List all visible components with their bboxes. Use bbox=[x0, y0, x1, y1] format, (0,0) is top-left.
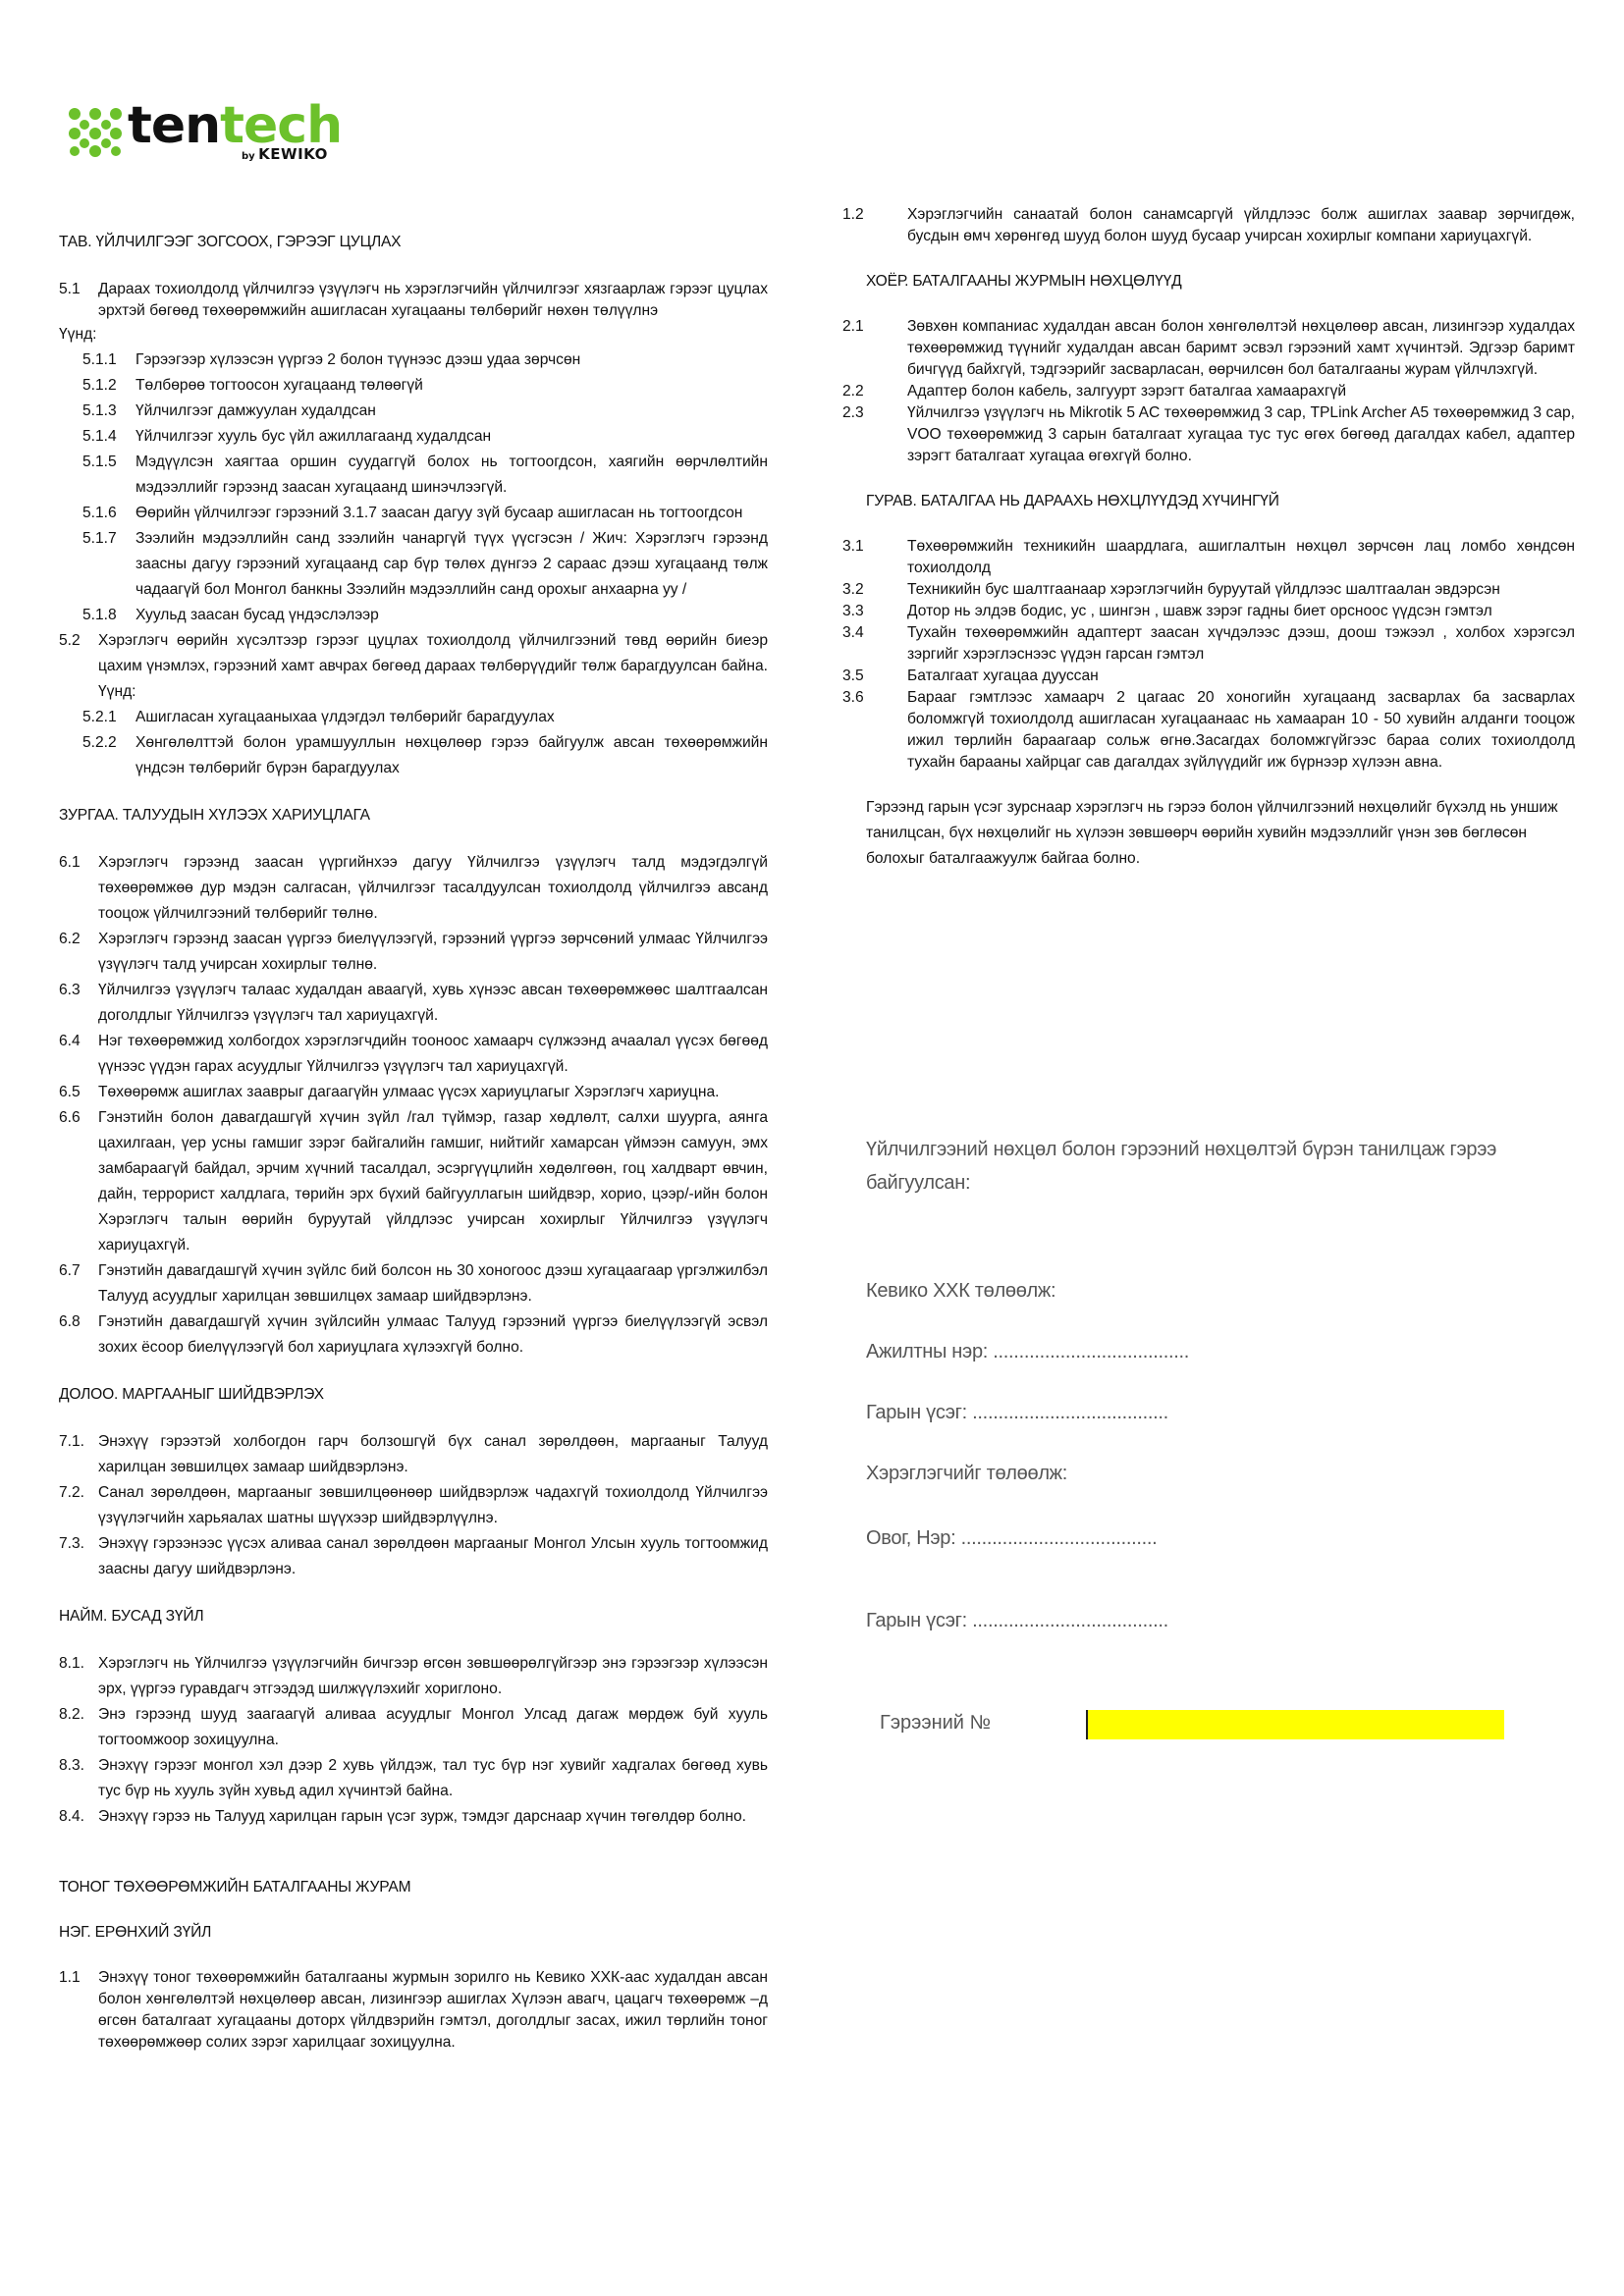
clause-6-1: 6.1Хэрэглэгч гэрээнд заасан үүргийнхээ д… bbox=[59, 850, 768, 927]
clause-number: 5.1.2 bbox=[82, 373, 135, 399]
warranty-clause-2-1: 2.1Зөвхөн компаниас худалдан авсан болон… bbox=[842, 316, 1575, 381]
clause-number: 6.6 bbox=[59, 1105, 98, 1258]
employee-name-field[interactable]: Ажилтны нэр: ...........................… bbox=[866, 1341, 1189, 1363]
clause-text: Хэрэглэгч гэрээнд заасан үүргийнхээ дагу… bbox=[98, 850, 768, 927]
clause-text: Өөрийн үйлчилгээг гэрээний 3.1.7 заасан … bbox=[135, 501, 768, 526]
clause-number: 8.3. bbox=[59, 1753, 98, 1804]
clause-number: 5.1.3 bbox=[82, 399, 135, 424]
clause-number: 3.2 bbox=[842, 579, 907, 601]
warranty-clause-3-3: 3.3Дотор нь элдэв бодис, ус , шингэн , ш… bbox=[842, 601, 1575, 622]
clause-text: Баталгаат хугацаа дууссан bbox=[907, 666, 1575, 687]
warranty-clause-2-3: 2.3Үйлчилгээ үзүүлэгч нь Mikrotik 5 AC т… bbox=[842, 402, 1575, 467]
clause-8-4: 8.4.Энэхүү гэрээ нь Талууд харилцан гары… bbox=[59, 1804, 768, 1830]
clause-7-2: 7.2.Санал зөрөлдөөн, маргааныг зөвшилцөө… bbox=[59, 1480, 768, 1531]
clause-text: Хуульд заасан бусад үндэслэлээр bbox=[135, 603, 768, 628]
logo-dots-icon bbox=[67, 106, 124, 157]
clause-text: Адаптер болон кабель, залгуурт зэрэгт ба… bbox=[907, 381, 1575, 402]
clause-number: 3.3 bbox=[842, 601, 907, 622]
clause-text: Санал зөрөлдөөн, маргааныг зөвшилцөөнөөр… bbox=[98, 1480, 768, 1531]
clause-number: 5.1.8 bbox=[82, 603, 135, 628]
clause-number: 7.1. bbox=[59, 1429, 98, 1480]
customer-representative-label: Хэрэглэгчийг төлөөлж: bbox=[866, 1463, 1067, 1485]
clause-8-3: 8.3.Энэхүү гэрээг монгол хэл дээр 2 хувь… bbox=[59, 1753, 768, 1804]
section-2-title: ХОЁР. БАТАЛГААНЫ ЖУРМЫН НӨХЦӨЛҮҮД bbox=[842, 269, 1575, 294]
clause-text: Гэнэтийн болон давагдашгүй хүчин зүйл /г… bbox=[98, 1105, 768, 1258]
clause-text: Хөнгөлөлттэй болон урамшууллын нөхцөлөөр… bbox=[135, 730, 768, 781]
clause-6-7: 6.7Гэнэтийн давагдашгүй хүчин зүйлс бий … bbox=[59, 1258, 768, 1309]
clause-number: 8.1. bbox=[59, 1651, 98, 1702]
clause-number: 6.7 bbox=[59, 1258, 98, 1309]
clause-6-6: 6.6Гэнэтийн болон давагдашгүй хүчин зүйл… bbox=[59, 1105, 768, 1258]
clause-text: Зөвхөн компаниас худалдан авсан болон хө… bbox=[907, 316, 1575, 381]
clause-text: Энэхүү гэрээг монгол хэл дээр 2 хувь үйл… bbox=[98, 1753, 768, 1804]
clause-text: Үйлчилгээ үзүүлэгч талаас худалдан авааг… bbox=[98, 978, 768, 1029]
clause-5-1-1: 5.1.1Гэрээгээр хүлээсэн үүргээ 2 болон т… bbox=[59, 347, 768, 373]
yund-label: Үүнд: bbox=[59, 322, 768, 347]
warranty-clause-3-2: 3.2Техникийн бус шалтгаанаар хэрэглэгчий… bbox=[842, 579, 1575, 601]
clause-text: Нэг төхөөрөмжид холбогдох хэрэглэгчдийн … bbox=[98, 1029, 768, 1080]
clause-text: Техникийн бус шалтгаанаар хэрэглэгчийн б… bbox=[907, 579, 1575, 601]
clause-text: Үйлчилгээ үзүүлэгч нь Mikrotik 5 AC төхө… bbox=[907, 402, 1575, 467]
clause-5-2-1: 5.2.1Ашигласан хугацааныхаа үлдэгдэл төл… bbox=[59, 705, 768, 730]
warranty-clause-3-5: 3.5Баталгаат хугацаа дууссан bbox=[842, 666, 1575, 687]
clause-number: 3.6 bbox=[842, 687, 907, 774]
contract-number-field[interactable] bbox=[1086, 1710, 1504, 1739]
clause-1-2: 1.2Хэрэглэгчийн санаатай болон санамсарг… bbox=[842, 204, 1575, 247]
clause-number: 5.1.1 bbox=[82, 347, 135, 373]
clause-number: 8.2. bbox=[59, 1702, 98, 1753]
clause-number: 6.3 bbox=[59, 978, 98, 1029]
clause-text: Барааг гэмтлээс хамаарч 2 цагаас 20 хоно… bbox=[907, 687, 1575, 774]
clause-text: Мэдүүлсэн хаягтаа оршин суудаггүй болох … bbox=[135, 450, 768, 501]
clause-text: Гэрээгээр хүлээсэн үүргээ 2 болон түүнээ… bbox=[135, 347, 768, 373]
clause-text: Төхөөрөмж ашиглах зааврыг дагаагүйн улма… bbox=[98, 1080, 768, 1105]
clause-6-8: 6.8Гэнэтийн давагдашгүй хүчин зүйлсийн у… bbox=[59, 1309, 768, 1361]
clause-number: 3.4 bbox=[842, 622, 907, 666]
acknowledgement-text: Гэрээнд гарын үсэг зурснаар хэрэглэгч нь… bbox=[866, 795, 1575, 872]
clause-text: Хэрэглэгч гэрээнд заасан үүргээ биелүүлэ… bbox=[98, 927, 768, 978]
clause-text: Үйлчилгээг дамжуулан худалдсан bbox=[135, 399, 768, 424]
warranty-clause-3-4: 3.4Тухайн төхөөрөмжийн адаптерт заасан х… bbox=[842, 622, 1575, 666]
clause-number: 5.1.7 bbox=[82, 526, 135, 603]
clause-6-5: 6.5Төхөөрөмж ашиглах зааврыг дагаагүйн у… bbox=[59, 1080, 768, 1105]
clause-8-1: 8.1.Хэрэглэгч нь Үйлчилгээ үзүүлэгчийн б… bbox=[59, 1651, 768, 1702]
clause-number: 2.1 bbox=[842, 316, 907, 381]
section-3-title: ГУРАВ. БАТАЛГАА НЬ ДАРААХЬ НӨХЦЛҮҮДЭД ХҮ… bbox=[842, 489, 1575, 514]
clause-1-1: 1.1Энэхүү тоног төхөөрөмжийн баталгааны … bbox=[59, 1967, 768, 2054]
clause-text: Хэрэглэгч нь Үйлчилгээ үзүүлэгчийн бичгэ… bbox=[98, 1651, 768, 1702]
clause-5-1-4: 5.1.4Үйлчилгээг хууль бус үйл ажиллагаан… bbox=[59, 424, 768, 450]
clause-5-1-5: 5.1.5Мэдүүлсэн хаягтаа оршин суудаггүй б… bbox=[59, 450, 768, 501]
warranty-clause-2-2: 2.2Адаптер болон кабель, залгуурт зэрэгт… bbox=[842, 381, 1575, 402]
section-6-title: ЗУРГАА. ТАЛУУДЫН ХҮЛЭЭХ ХАРИУЦЛАГА bbox=[59, 803, 768, 828]
clause-text: Ашигласан хугацааныхаа үлдэгдэл төлбөрий… bbox=[135, 705, 768, 730]
customer-signature-field[interactable]: Гарын үсэг: ............................… bbox=[866, 1610, 1168, 1632]
right-column: 1.2Хэрэглэгчийн санаатай болон санамсарг… bbox=[842, 204, 1575, 872]
clause-text: Дотор нь элдэв бодис, ус , шингэн , шавж… bbox=[907, 601, 1575, 622]
clause-5-1-6: 5.1.6Өөрийн үйлчилгээг гэрээний 3.1.7 за… bbox=[59, 501, 768, 526]
clause-5-1-3: 5.1.3Үйлчилгээг дамжуулан худалдсан bbox=[59, 399, 768, 424]
clause-text: Зээлийн мэдээллийн санд зээлийн чанаргүй… bbox=[135, 526, 768, 603]
clause-8-2: 8.2.Энэ гэрээнд шууд заагаагүй аливаа ас… bbox=[59, 1702, 768, 1753]
clause-text: Гэнэтийн давагдашгүй хүчин зүйлс бий бол… bbox=[98, 1258, 768, 1309]
clause-5-1: 5.1Дараах тохиолдолд үйлчилгээ үзүүлэгч … bbox=[59, 279, 768, 322]
clause-text: Энэ гэрээнд шууд заагаагүй аливаа асуудл… bbox=[98, 1702, 768, 1753]
clause-5-1-7: 5.1.7Зээлийн мэдээллийн санд зээлийн чан… bbox=[59, 526, 768, 603]
logo-byline: by KEWIKO bbox=[242, 145, 328, 163]
clause-text: Энэхүү гэрээтэй холбогдон гарч болзошгүй… bbox=[98, 1429, 768, 1480]
warranty-title: ТОНОГ ТӨХӨӨРӨМЖИЙН БАТАЛГААНЫ ЖУРАМ bbox=[59, 1875, 768, 1900]
section-7-title: ДОЛОО. МАРГААНЫГ ШИЙДВЭРЛЭХ bbox=[59, 1382, 768, 1408]
clause-5-2-2: 5.2.2Хөнгөлөлттэй болон урамшууллын нөхц… bbox=[59, 730, 768, 781]
clause-number: 5.1.4 bbox=[82, 424, 135, 450]
clause-number: 7.2. bbox=[59, 1480, 98, 1531]
clause-number: 7.3. bbox=[59, 1531, 98, 1582]
tentech-logo: tentech by KEWIKO bbox=[67, 100, 332, 165]
clause-number: 5.1.6 bbox=[82, 501, 135, 526]
clause-text: Тухайн төхөөрөмжийн адаптерт заасан хүчд… bbox=[907, 622, 1575, 666]
clause-number: 6.8 bbox=[59, 1309, 98, 1361]
customer-name-field[interactable]: Овог, Нэр: .............................… bbox=[866, 1527, 1157, 1550]
clause-number: 3.5 bbox=[842, 666, 907, 687]
section-5-title: ТАВ. ҮЙЛЧИЛГЭЭГ ЗОГСООХ, ГЭРЭЭГ ЦУЦЛАХ bbox=[59, 230, 768, 255]
clause-number: 8.4. bbox=[59, 1804, 98, 1830]
clause-number: 5.1.5 bbox=[82, 450, 135, 501]
clause-number: 6.4 bbox=[59, 1029, 98, 1080]
clause-number: 6.2 bbox=[59, 927, 98, 978]
clause-text: Төлбөрөө тогтоосон хугацаанд төлөөгүй bbox=[135, 373, 768, 399]
warranty-clause-3-1: 3.1Төхөөрөмжийн техникийн шаардлага, аши… bbox=[842, 536, 1575, 579]
clause-text: Үйлчилгээг хууль бус үйл ажиллагаанд худ… bbox=[135, 424, 768, 450]
clause-text: Энэхүү гэрээнээс үүсэх аливаа санал зөрө… bbox=[98, 1531, 768, 1582]
clause-text: Гэнэтийн давагдашгүй хүчин зүйлсийн улма… bbox=[98, 1309, 768, 1361]
clause-number: 5.2.2 bbox=[82, 730, 135, 781]
clause-5-1-8: 5.1.8Хуульд заасан бусад үндэслэлээр bbox=[59, 603, 768, 628]
clause-7-1: 7.1.Энэхүү гэрээтэй холбогдон гарч болзо… bbox=[59, 1429, 768, 1480]
left-column: ТАВ. ҮЙЛЧИЛГЭЭГ ЗОГСООХ, ГЭРЭЭГ ЦУЦЛАХ 5… bbox=[59, 230, 768, 2054]
clause-6-3: 6.3Үйлчилгээ үзүүлэгч талаас худалдан ав… bbox=[59, 978, 768, 1029]
warranty-clause-3-6: 3.6Барааг гэмтлээс хамаарч 2 цагаас 20 х… bbox=[842, 687, 1575, 774]
clause-text: Энэхүү гэрээ нь Талууд харилцан гарын үс… bbox=[98, 1804, 768, 1830]
clause-6-2: 6.2Хэрэглэгч гэрээнд заасан үүргээ биелү… bbox=[59, 927, 768, 978]
company-signature-field[interactable]: Гарын үсэг: ............................… bbox=[866, 1402, 1168, 1424]
contract-number-label: Гэрээний № bbox=[880, 1712, 991, 1735]
clause-7-3: 7.3.Энэхүү гэрээнээс үүсэх аливаа санал … bbox=[59, 1531, 768, 1582]
section-8-title: НАЙМ. БУСАД ЗҮЙЛ bbox=[59, 1604, 768, 1629]
clause-number: 3.1 bbox=[842, 536, 907, 579]
clause-5-2: 5.2Хэрэглэгч өөрийн хүсэлтээр гэрээг цуц… bbox=[59, 628, 768, 705]
signature-intro: Үйлчилгээний нөхцөл болон гэрээний нөхцө… bbox=[866, 1133, 1553, 1200]
clause-number: 6.1 bbox=[59, 850, 98, 927]
clause-number: 2.2 bbox=[842, 381, 907, 402]
clause-number: 5.2.1 bbox=[82, 705, 135, 730]
warranty-section-1-title: НЭГ. ЕРӨНХИЙ ЗҮЙЛ bbox=[59, 1920, 768, 1946]
clause-number: 2.3 bbox=[842, 402, 907, 467]
clause-number: 6.5 bbox=[59, 1080, 98, 1105]
clause-6-4: 6.4Нэг төхөөрөмжид холбогдох хэрэглэгчди… bbox=[59, 1029, 768, 1080]
clause-5-1-2: 5.1.2Төлбөрөө тогтоосон хугацаанд төлөөг… bbox=[59, 373, 768, 399]
clause-text: Төхөөрөмжийн техникийн шаардлага, ашигла… bbox=[907, 536, 1575, 579]
company-representative-label: Кевико ХХК төлөөлж: bbox=[866, 1280, 1056, 1303]
